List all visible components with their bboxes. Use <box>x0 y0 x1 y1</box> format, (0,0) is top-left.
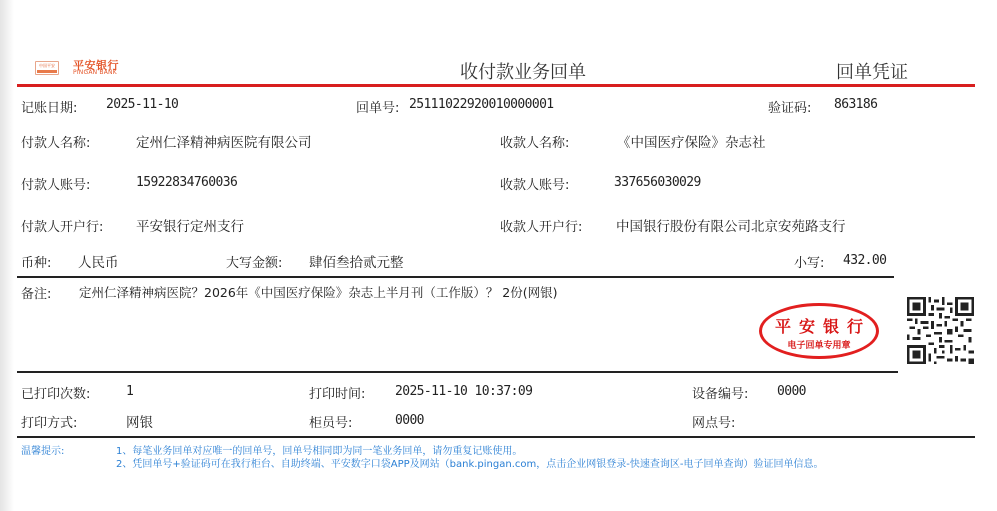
remark-label: 备注: <box>21 283 51 302</box>
page-edge-shadow <box>0 0 14 511</box>
header-divider <box>17 84 975 87</box>
logo-badge-icon: 中国平安 <box>35 61 59 75</box>
document-subtitle: 回单凭证 <box>836 58 908 84</box>
branch-no-label: 网点号: <box>692 412 735 431</box>
payer-bank-value: 平安银行定州支行 <box>136 215 244 235</box>
print-method-label: 打印方式: <box>21 412 77 431</box>
payee-account-label: 收款人账号: <box>500 174 569 193</box>
payee-account-value: 337656030029 <box>614 175 701 190</box>
print-count-value: 1 <box>126 384 133 399</box>
print-time-label: 打印时间: <box>309 383 365 402</box>
receipt-no-label: 回单号: <box>356 97 399 116</box>
payee-bank-value: 中国银行股份有限公司北京安苑路支行 <box>616 215 846 235</box>
divider-amount <box>17 276 894 278</box>
teller-no-value: 0000 <box>395 413 424 428</box>
payer-account-value: 15922834760036 <box>136 175 237 190</box>
payee-bank-label: 收款人开户行: <box>500 216 582 235</box>
device-no-value: 0000 <box>777 384 806 399</box>
currency-label: 币种: <box>21 252 51 271</box>
amount-words-value: 肆佰叁拾贰元整 <box>309 251 404 271</box>
seal-bank-name: 平安银行 <box>762 314 876 337</box>
device-no-label: 设备编号: <box>692 383 748 402</box>
qr-code-icon <box>907 297 974 364</box>
payee-name-value: 《中国医疗保险》杂志社 <box>617 131 766 151</box>
receipt-no-value: 25111022920010000001 <box>409 97 554 112</box>
amount-words-label: 大写金额: <box>226 252 282 271</box>
logo-badge-text: 中国平安 <box>36 62 58 69</box>
amount-figures-value: 432.00 <box>843 253 886 268</box>
tips-label: 温馨提示: <box>21 442 64 457</box>
posting-date-label: 记账日期: <box>21 97 77 116</box>
print-time-value: 2025-11-10 10:37:09 <box>395 384 532 399</box>
remark-value: 定州仁泽精神病医院？2026年《中国医疗保险》杂志上半月刊（工作版）？ 2份(网… <box>79 283 558 301</box>
seal-caption: 电子回单专用章 <box>762 338 876 351</box>
verify-code-label: 验证码: <box>768 97 811 116</box>
logo-name-en: PINGAN BANK <box>73 69 117 76</box>
verify-code-value: 863186 <box>834 97 877 112</box>
divider-remark <box>17 371 898 373</box>
teller-no-label: 柜员号: <box>309 412 352 431</box>
print-count-label: 已打印次数: <box>21 383 90 402</box>
payer-account-label: 付款人账号: <box>21 174 90 193</box>
payer-name-label: 付款人名称: <box>21 132 90 151</box>
divider-print <box>17 436 975 438</box>
tip-item-2: 2、凭回单号+验证码可在我行柜台、自助终端、平安数字口袋APP及网站（bank.… <box>116 455 823 470</box>
document-title: 收付款业务回单 <box>460 58 586 84</box>
currency-value: 人民币 <box>78 251 119 271</box>
payer-name-value: 定州仁泽精神病医院有限公司 <box>136 131 312 151</box>
posting-date-value: 2025-11-10 <box>106 97 178 112</box>
payer-bank-label: 付款人开户行: <box>21 216 103 235</box>
print-method-value: 网银 <box>126 411 153 431</box>
amount-figures-label: 小写: <box>794 252 824 271</box>
electronic-seal-stamp: 平安银行 电子回单专用章 <box>759 303 879 359</box>
payee-name-label: 收款人名称: <box>500 132 569 151</box>
